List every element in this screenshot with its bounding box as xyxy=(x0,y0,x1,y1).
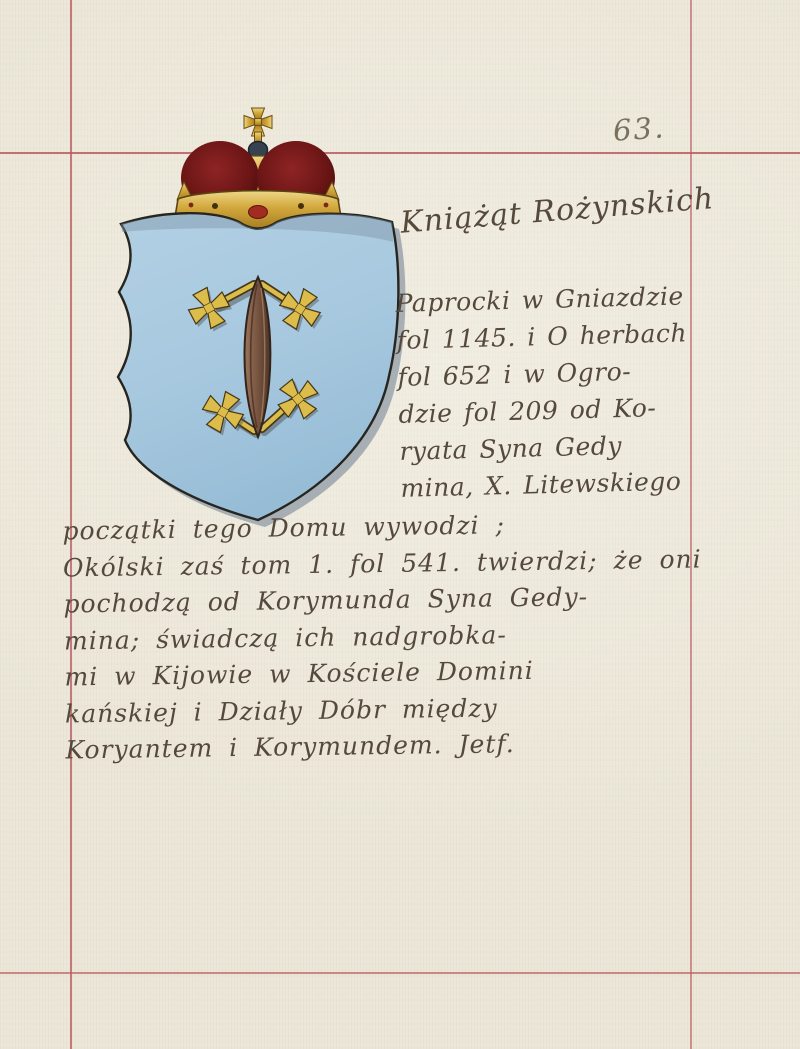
page-number: 63. xyxy=(612,110,666,148)
manuscript-page: 63. xyxy=(0,0,800,1049)
crown-jewel xyxy=(298,203,304,209)
crown-jewel-center xyxy=(249,206,268,219)
manuscript-line: mina, X. Litewskiego xyxy=(400,462,701,507)
side-paragraph: Paprocki w Gniazdzie fol 1145. i O herba… xyxy=(395,277,701,507)
crown-jewel xyxy=(324,203,329,208)
manuscript-line: fol 1145. i O herbach xyxy=(396,314,697,359)
manuscript-line: dzie fol 209 od Ko- xyxy=(398,388,699,433)
margin-rule-bottom xyxy=(0,972,800,974)
crown-jewel xyxy=(189,203,194,208)
body-paragraph: początki tego Domu wywodzi ; Okólski zaś… xyxy=(62,505,706,769)
manuscript-line: Koryantem i Korymundem. Jetf. xyxy=(65,724,705,769)
coat-of-arms-illustration xyxy=(95,98,425,538)
heading-title: Kniążąt Rożynskich xyxy=(399,182,701,240)
crown-jewel xyxy=(212,203,218,209)
